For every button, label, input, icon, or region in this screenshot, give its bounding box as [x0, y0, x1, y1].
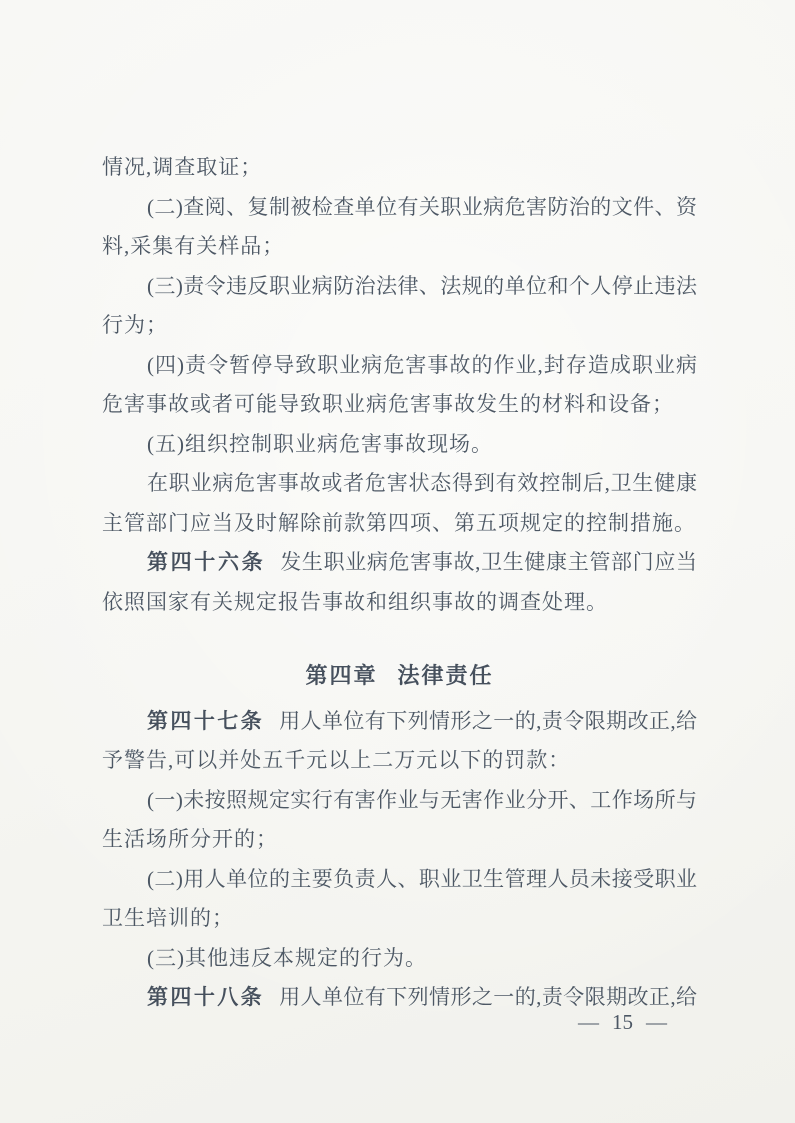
text-line: (二)用人单位的主要负责人、职业卫生管理人员未接受职业 [102, 860, 697, 900]
chapter-number: 第四章 [305, 663, 377, 688]
document-page: 情况,调查取证；(二)查阅、复制被检查单位有关职业病危害防治的文件、资料,采集有… [0, 0, 795, 1123]
line-text: (二)用人单位的主要负责人、职业卫生管理人员未接受职业 [147, 867, 697, 891]
text-line: 主管部门应当及时解除前款第四项、第五项规定的控制措施。 [102, 504, 697, 544]
article-number: 第四十六条 [147, 551, 265, 574]
line-text: (三)责令违反职业病防治法律、法规的单位和个人停止违法 [147, 274, 697, 298]
text-line: 在职业病危害事故或者危害状态得到有效控制后,卫生健康 [102, 464, 697, 504]
text-line: (四)责令暂停导致职业病危害事故的作业,封存造成职业病 [102, 346, 697, 386]
line-text: 依照国家有关规定报告事故和组织事故的调查处理。 [102, 590, 608, 614]
text-line: 情况,调查取证； [102, 148, 697, 188]
line-text: 在职业病危害事故或者危害状态得到有效控制后,卫生健康 [147, 471, 697, 495]
line-text: 予警告,可以并处五千元以上二万元以下的罚款： [102, 748, 570, 772]
line-text: 发生职业病危害事故,卫生健康主管部门应当 [280, 550, 697, 574]
article-number: 第四十八条 [147, 986, 264, 1009]
line-text: (一)未按照规定实行有害作业与无害作业分开、工作场所与 [147, 788, 697, 812]
line-text: 情况,调查取证； [102, 155, 262, 179]
line-text: 用人单位有下列情形之一的,责令限期改正,给 [279, 985, 697, 1009]
chapter-heading: 第四章法律责任 [102, 656, 697, 696]
line-text: (三)其他违反本规定的行为。 [147, 946, 427, 970]
page-number-dash-right: — [646, 1010, 667, 1035]
text-line: (三)责令违反职业病防治法律、法规的单位和个人停止违法 [102, 267, 697, 307]
line-text: (四)责令暂停导致职业病危害事故的作业,封存造成职业病 [147, 353, 697, 377]
line-text: 主管部门应当及时解除前款第四项、第五项规定的控制措施。 [102, 511, 696, 535]
text-line: 料,采集有关样品； [102, 227, 697, 267]
text-line: 生活场所分开的； [102, 820, 697, 860]
text-line: 危害事故或者可能导致职业病危害事故发生的材料和设备； [102, 385, 697, 425]
text-line: (三)其他违反本规定的行为。 [102, 939, 697, 979]
text-line: (一)未按照规定实行有害作业与无害作业分开、工作场所与 [102, 781, 697, 821]
text-line: 依照国家有关规定报告事故和组织事故的调查处理。 [102, 583, 697, 623]
line-text: 料,采集有关样品； [102, 234, 284, 258]
line-text: (二)查阅、复制被检查单位有关职业病危害防治的文件、资 [147, 195, 697, 219]
line-text: 生活场所分开的； [102, 827, 278, 851]
line-text: 危害事故或者可能导致职业病危害事故发生的材料和设备； [102, 392, 674, 416]
page-number-value: 15 [612, 1010, 633, 1035]
text-line: 行为； [102, 306, 697, 346]
text-line: (五)组织控制职业病危害事故现场。 [102, 425, 697, 465]
article-line: 第四十七条用人单位有下列情形之一的,责令限期改正,给 [102, 702, 697, 742]
line-text: 法律责任 [398, 663, 494, 688]
text-line: 予警告,可以并处五千元以上二万元以下的罚款： [102, 741, 697, 781]
text-line: 卫生培训的； [102, 899, 697, 939]
line-text: 行为； [102, 313, 168, 337]
line-text: (五)组织控制职业病危害事故现场。 [147, 432, 493, 456]
article-line: 第四十六条发生职业病危害事故,卫生健康主管部门应当 [102, 543, 697, 583]
line-text: 卫生培训的； [102, 906, 234, 930]
line-text: 用人单位有下列情形之一的,责令限期改正,给 [279, 709, 697, 733]
article-number: 第四十七条 [147, 710, 264, 733]
text-block: 情况,调查取证；(二)查阅、复制被检查单位有关职业病危害防治的文件、资料,采集有… [102, 148, 697, 1018]
text-line: (二)查阅、复制被检查单位有关职业病危害防治的文件、资 [102, 188, 697, 228]
page-number: — 15 — [578, 1010, 667, 1035]
page-number-dash-left: — [578, 1010, 599, 1035]
